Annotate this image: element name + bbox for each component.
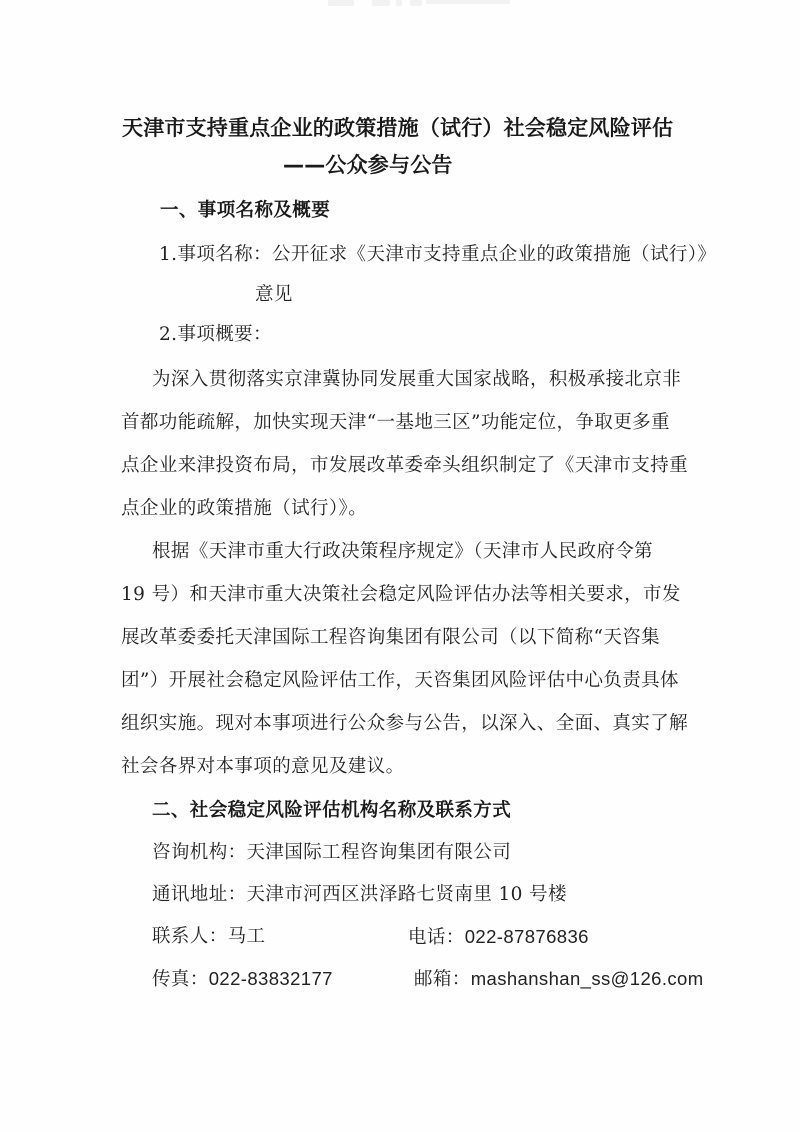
contact-value: 马工 bbox=[228, 926, 266, 947]
fax-row: 传真：022-83832177 bbox=[152, 967, 333, 992]
email-row: 邮箱：mashanshan_ss@126.com bbox=[414, 967, 704, 992]
document-page: 天津市支持重点企业的政策措施（试行）社会稳定风险评估 ——公众参与公告 一、事项… bbox=[0, 0, 800, 1132]
email-value[interactable]: mashanshan_ss@126.com bbox=[471, 968, 704, 989]
item1-name-line1: 1.事项名称：公开征求《天津市支持重点企业的政策措施（试行）》 bbox=[159, 243, 716, 267]
paragraph1-line: 为深入贯彻落实京津冀协同发展重大国家战略，积极承接北京非 bbox=[152, 368, 681, 392]
scan-artifact bbox=[372, 0, 390, 6]
fax-label: 传真： bbox=[152, 969, 209, 990]
address-row: 通讯地址：天津市河西区洪泽路七贤南里 10 号楼 bbox=[152, 883, 567, 907]
phone-value: 022-87876836 bbox=[465, 926, 589, 947]
paragraph1-line: 点企业来津投资布局，市发展改革委牵头组织制定了《天津市支持重 bbox=[121, 454, 688, 478]
item1-name-line2: 意见 bbox=[255, 283, 293, 307]
scan-artifact bbox=[396, 0, 402, 6]
contact-row: 联系人：马工 bbox=[152, 925, 265, 949]
section1-heading: 一、事项名称及概要 bbox=[160, 199, 330, 223]
paragraph2-line: 组织实施。现对本事项进行公众参与公告，以深入、全面、真实了解 bbox=[121, 712, 688, 736]
paragraph2-line: 19 号）和天津市重大决策社会稳定风险评估办法等相关要求，市发 bbox=[121, 583, 681, 607]
phone-row: 电话：022-87876836 bbox=[408, 925, 589, 950]
paragraph2-line: 展改革委委托天津国际工程咨询集团有限公司（以下简称“天咨集 bbox=[121, 626, 660, 650]
scan-artifact bbox=[426, 0, 510, 4]
email-label: 邮箱： bbox=[414, 969, 471, 990]
paragraph1-line: 点企业的政策措施（试行）》。 bbox=[121, 497, 367, 521]
agency-value: 天津国际工程咨询集团有限公司 bbox=[247, 842, 512, 863]
document-title-line1: 天津市支持重点企业的政策措施（试行）社会稳定风险评估 bbox=[122, 116, 673, 140]
address-label: 通讯地址： bbox=[152, 884, 247, 905]
fax-value: 022-83832177 bbox=[209, 968, 333, 989]
section2-heading: 二、社会稳定风险评估机构名称及联系方式 bbox=[152, 799, 511, 823]
agency-row: 咨询机构：天津国际工程咨询集团有限公司 bbox=[152, 841, 511, 865]
phone-label: 电话： bbox=[408, 927, 465, 948]
item2-summary-label: 2.事项概要： bbox=[159, 323, 272, 347]
document-title-line2: ——公众参与公告 bbox=[283, 153, 453, 177]
scan-artifact bbox=[410, 0, 422, 6]
paragraph2-line: 社会各界对本事项的意见及建议。 bbox=[121, 755, 405, 779]
address-value: 天津市河西区洪泽路七贤南里 10 号楼 bbox=[247, 884, 567, 905]
agency-label: 咨询机构： bbox=[152, 842, 247, 863]
paragraph2-line: 团”）开展社会稳定风险评估工作，天咨集团风险评估中心负责具体 bbox=[121, 669, 679, 693]
paragraph1-line: 首都功能疏解，加快实现天津“一基地三区”功能定位，争取更多重 bbox=[121, 411, 670, 435]
contact-label: 联系人： bbox=[152, 926, 228, 947]
scan-artifact bbox=[328, 0, 354, 6]
paragraph2-line: 根据《天津市重大行政决策程序规定》（天津市人民政府令第 bbox=[152, 540, 653, 564]
